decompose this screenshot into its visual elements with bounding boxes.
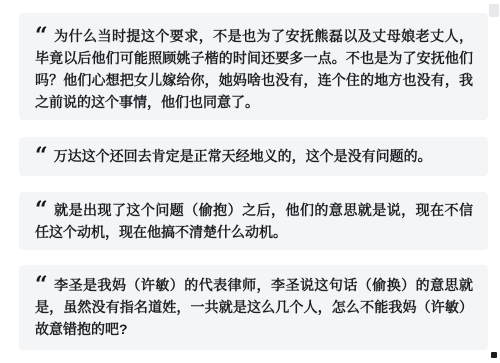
quote-open-icon: “ xyxy=(35,143,47,169)
quote-block-3: “就是出现了这个问题（偷抱）之后，他们的意思就是说，现在不信任这个动机，现在他搞… xyxy=(19,192,488,250)
scrollbar-fragment xyxy=(489,4,499,17)
quote-text: 李圣是我妈（许敏）的代表律师，李圣说这句话（偷换）的意思就是，虽然没有指名道姓，… xyxy=(35,277,473,337)
quote-block-4: “李圣是我妈（许敏）的代表律师，李圣说这句话（偷换）的意思就是，虽然没有指名道姓… xyxy=(19,265,488,350)
quote-text: 万达这个还回去肯定是正常天经地义的，这个是没有问题的。 xyxy=(54,148,432,164)
quote-text: 为什么当时提这个要求，不是也为了安抚熊磊以及丈母娘老丈人，毕竟以后他们可能照顾姚… xyxy=(35,28,473,110)
quote-open-icon: “ xyxy=(35,272,47,298)
quote-text: 就是出现了这个问题（偷抱）之后，他们的意思就是说，现在不信任这个动机，现在他搞不… xyxy=(35,202,473,240)
quote-block-1: “为什么当时提这个要求，不是也为了安抚熊磊以及丈母娘老丈人，毕竟以后他们可能照顾… xyxy=(19,13,488,120)
quote-block-2: “万达这个还回去肯定是正常天经地义的，这个是没有问题的。 xyxy=(19,137,488,176)
quote-open-icon: “ xyxy=(35,23,47,49)
corner-dot-artifact xyxy=(491,352,497,358)
quote-open-icon: “ xyxy=(35,197,47,223)
